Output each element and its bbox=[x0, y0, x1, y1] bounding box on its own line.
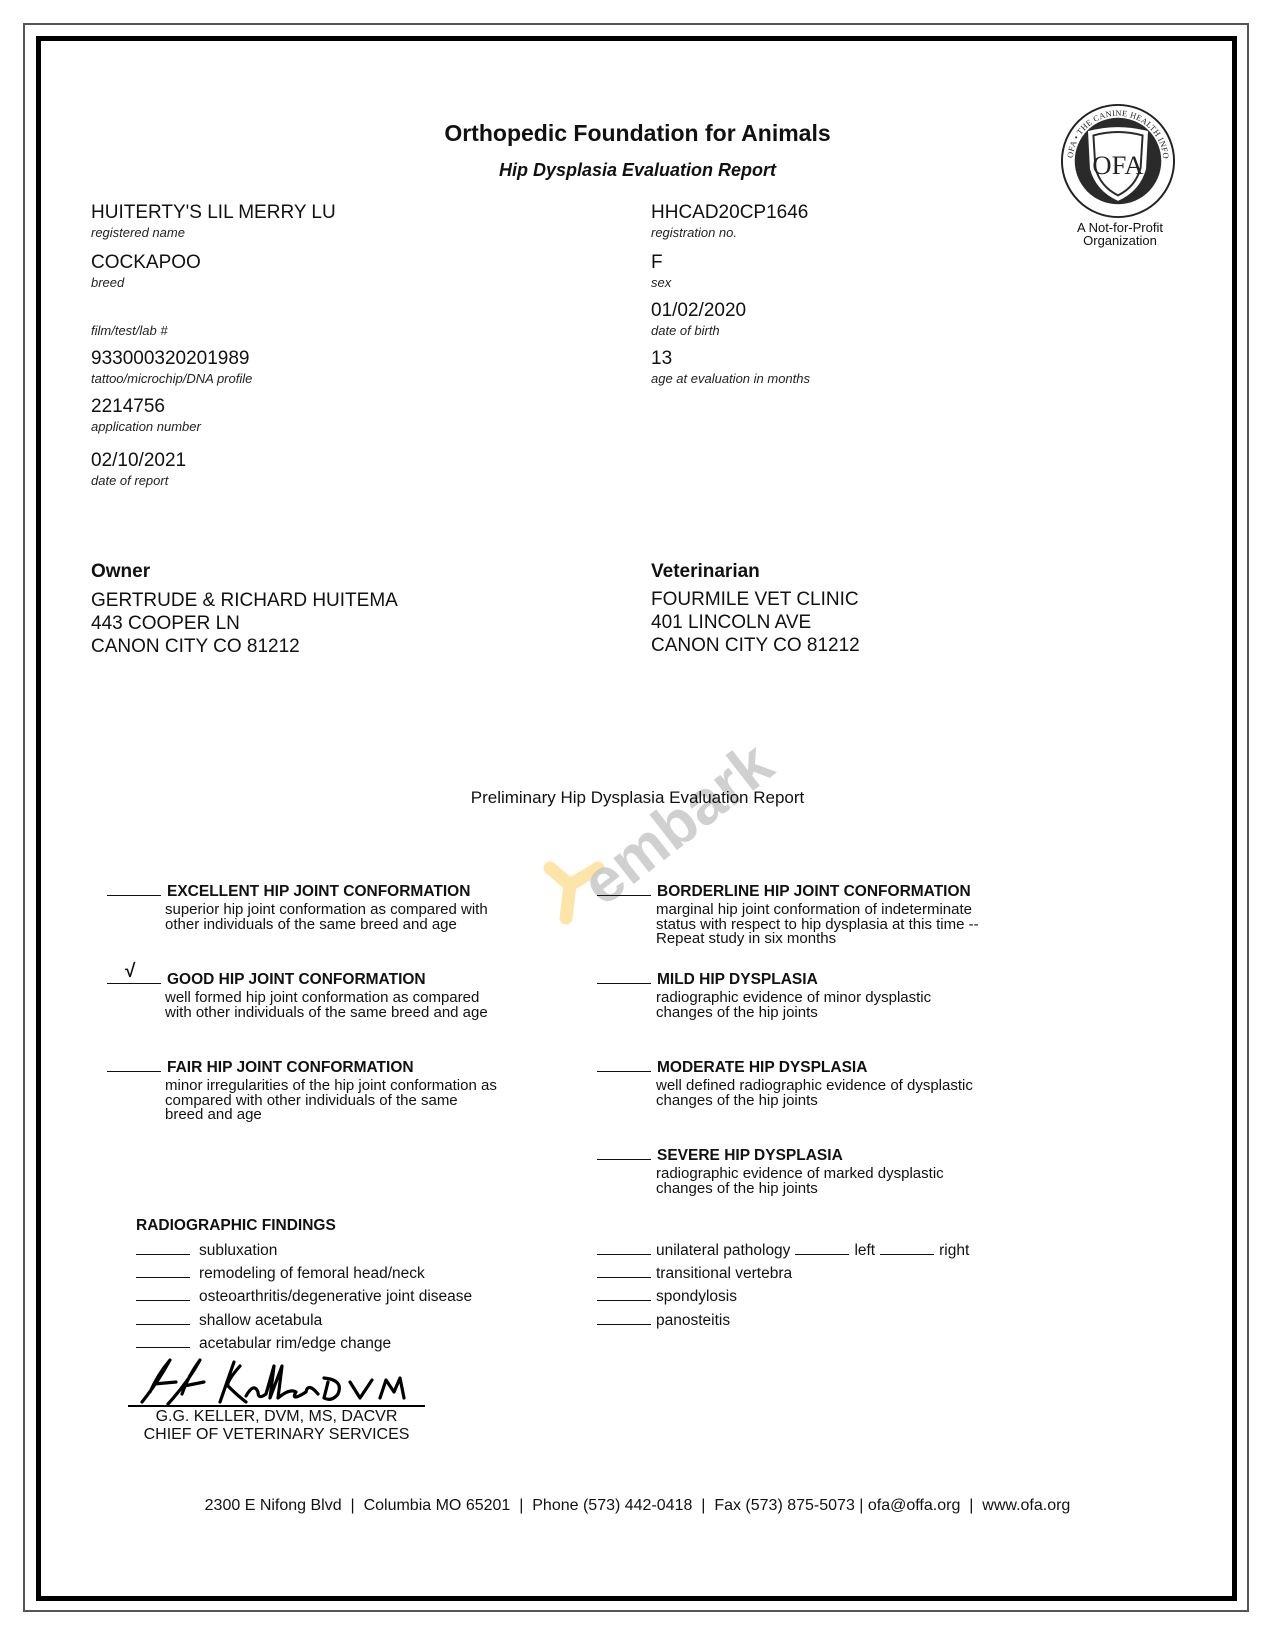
finding-spondylosis[interactable]: spondylosis bbox=[597, 1286, 737, 1306]
unilateral-left-checkbox[interactable] bbox=[795, 1240, 849, 1255]
vet-line-1: FOURMILE VET CLINIC bbox=[651, 588, 859, 611]
sex-label: sex bbox=[651, 275, 671, 291]
finding-label: panosteitis bbox=[656, 1312, 730, 1329]
finding-label: acetabular rim/edge change bbox=[199, 1335, 391, 1352]
finding-remodeling[interactable]: remodeling of femoral head/neck bbox=[136, 1263, 425, 1283]
grade-option-good[interactable]: √GOOD HIP JOINT CONFORMATION bbox=[107, 968, 426, 989]
film-test-lab-label: film/test/lab # bbox=[91, 323, 168, 339]
finding-label: subluxation bbox=[199, 1242, 277, 1259]
finding-subluxation[interactable]: subluxation bbox=[136, 1240, 277, 1260]
left-label: left bbox=[854, 1242, 875, 1259]
finding-checkbox[interactable] bbox=[136, 1310, 190, 1325]
veterinarian-heading: Veterinarian bbox=[651, 561, 760, 583]
check-mark-icon: √ bbox=[125, 962, 135, 981]
grade-title: MODERATE HIP DYSPLASIA bbox=[657, 1059, 867, 1076]
grade-title: GOOD HIP JOINT CONFORMATION bbox=[167, 971, 426, 988]
grade-option-excellent[interactable]: EXCELLENT HIP JOINT CONFORMATION bbox=[107, 880, 470, 901]
grade-title: SEVERE HIP DYSPLASIA bbox=[657, 1147, 843, 1164]
vet-line-2: 401 LINCOLN AVE bbox=[651, 611, 811, 634]
finding-label: osteoarthritis/degenerative joint diseas… bbox=[199, 1288, 472, 1305]
grade-checkbox-fair[interactable] bbox=[107, 1056, 161, 1072]
owner-line-2: 443 COOPER LN bbox=[91, 612, 240, 635]
grade-desc-mild: radiographic evidence of minor dysplasti… bbox=[656, 991, 931, 1020]
finding-acetabular-rim[interactable]: acetabular rim/edge change bbox=[136, 1333, 391, 1353]
breed-value: COCKAPOO bbox=[91, 252, 201, 274]
ofa-seal-icon: OFA • THE CANINE HEALTH INFORMATION CENT… bbox=[1059, 102, 1177, 220]
owner-line-3: CANON CITY CO 81212 bbox=[91, 635, 300, 658]
grade-checkbox-moderate[interactable] bbox=[597, 1056, 651, 1072]
registered-name-value: HUITERTY'S LIL MERRY LU bbox=[91, 202, 336, 224]
signature-image bbox=[128, 1352, 428, 1412]
breed-label: breed bbox=[91, 275, 124, 291]
grade-checkbox-borderline[interactable] bbox=[597, 880, 651, 896]
finding-label: shallow acetabula bbox=[199, 1312, 322, 1329]
svg-text:OFA: OFA bbox=[1092, 150, 1143, 180]
signatory-name: G.G. KELLER, DVM, MS, DACVRCHIEF OF VETE… bbox=[128, 1408, 425, 1444]
report-type-heading: Preliminary Hip Dysplasia Evaluation Rep… bbox=[0, 788, 1275, 808]
finding-checkbox[interactable] bbox=[597, 1240, 651, 1255]
finding-unilateral-pathology[interactable]: unilateral pathologyleftright bbox=[597, 1240, 969, 1260]
findings-heading: RADIOGRAPHIC FINDINGS bbox=[136, 1217, 336, 1235]
signature-line bbox=[128, 1405, 425, 1407]
sex-value: F bbox=[651, 252, 663, 274]
grade-desc-moderate: well defined radiographic evidence of dy… bbox=[656, 1079, 973, 1108]
unilateral-right-checkbox[interactable] bbox=[880, 1240, 934, 1255]
finding-checkbox[interactable] bbox=[136, 1263, 190, 1278]
finding-transitional-vertebra[interactable]: transitional vertebra bbox=[597, 1263, 792, 1283]
registered-name-label: registered name bbox=[91, 225, 185, 241]
grade-option-mild[interactable]: MILD HIP DYSPLASIA bbox=[597, 968, 818, 989]
finding-checkbox[interactable] bbox=[597, 1310, 651, 1325]
grade-option-severe[interactable]: SEVERE HIP DYSPLASIA bbox=[597, 1144, 843, 1165]
finding-checkbox[interactable] bbox=[597, 1263, 651, 1278]
grade-option-moderate[interactable]: MODERATE HIP DYSPLASIA bbox=[597, 1056, 867, 1077]
grade-checkbox-mild[interactable] bbox=[597, 968, 651, 984]
registration-no-label: registration no. bbox=[651, 225, 737, 241]
finding-panosteitis[interactable]: panosteitis bbox=[597, 1310, 730, 1330]
finding-label: unilateral pathology bbox=[656, 1242, 790, 1259]
grade-checkbox-severe[interactable] bbox=[597, 1144, 651, 1160]
date-of-birth-label: date of birth bbox=[651, 323, 720, 339]
age-months-label: age at evaluation in months bbox=[651, 371, 810, 387]
microchip-label: tattoo/microchip/DNA profile bbox=[91, 371, 252, 387]
not-for-profit-note: A Not-for-Profit Organization bbox=[1060, 221, 1180, 247]
registration-no-value: HHCAD20CP1646 bbox=[651, 202, 808, 224]
grade-title: EXCELLENT HIP JOINT CONFORMATION bbox=[167, 883, 470, 900]
date-of-birth-value: 01/02/2020 bbox=[651, 300, 746, 322]
application-number-value: 2214756 bbox=[91, 396, 165, 418]
finding-label: spondylosis bbox=[656, 1288, 737, 1305]
finding-checkbox[interactable] bbox=[136, 1240, 190, 1255]
grade-option-fair[interactable]: FAIR HIP JOINT CONFORMATION bbox=[107, 1056, 414, 1077]
right-label: right bbox=[939, 1242, 969, 1259]
date-of-report-value: 02/10/2021 bbox=[91, 450, 186, 472]
microchip-value: 933000320201989 bbox=[91, 348, 250, 370]
footer-contact: 2300 E Nifong Blvd | Columbia MO 65201 |… bbox=[0, 1497, 1275, 1515]
owner-line-1: GERTRUDE & RICHARD HUITEMA bbox=[91, 589, 398, 612]
finding-osteoarthritis[interactable]: osteoarthritis/degenerative joint diseas… bbox=[136, 1286, 472, 1306]
grade-title: BORDERLINE HIP JOINT CONFORMATION bbox=[657, 883, 971, 900]
finding-checkbox[interactable] bbox=[597, 1286, 651, 1301]
grade-desc-severe: radiographic evidence of marked dysplast… bbox=[656, 1167, 944, 1196]
finding-shallow-acetabula[interactable]: shallow acetabula bbox=[136, 1310, 322, 1330]
finding-checkbox[interactable] bbox=[136, 1286, 190, 1301]
finding-label: transitional vertebra bbox=[656, 1265, 792, 1282]
grade-desc-excellent: superior hip joint conformation as compa… bbox=[165, 903, 488, 932]
date-of-report-label: date of report bbox=[91, 473, 168, 489]
age-months-value: 13 bbox=[651, 348, 672, 370]
finding-checkbox[interactable] bbox=[136, 1333, 190, 1348]
grade-option-borderline[interactable]: BORDERLINE HIP JOINT CONFORMATION bbox=[597, 880, 971, 901]
grade-checkbox-excellent[interactable] bbox=[107, 880, 161, 896]
grade-checkbox-good[interactable]: √ bbox=[107, 968, 161, 984]
owner-heading: Owner bbox=[91, 561, 150, 583]
grade-title: FAIR HIP JOINT CONFORMATION bbox=[167, 1059, 414, 1076]
grade-desc-good: well formed hip joint conformation as co… bbox=[165, 991, 488, 1020]
application-number-label: application number bbox=[91, 419, 201, 435]
grade-desc-borderline: marginal hip joint conformation of indet… bbox=[656, 903, 979, 947]
grade-title: MILD HIP DYSPLASIA bbox=[657, 971, 818, 988]
finding-label: remodeling of femoral head/neck bbox=[199, 1265, 425, 1282]
vet-line-3: CANON CITY CO 81212 bbox=[651, 634, 860, 657]
grade-desc-fair: minor irregularities of the hip joint co… bbox=[165, 1079, 497, 1123]
